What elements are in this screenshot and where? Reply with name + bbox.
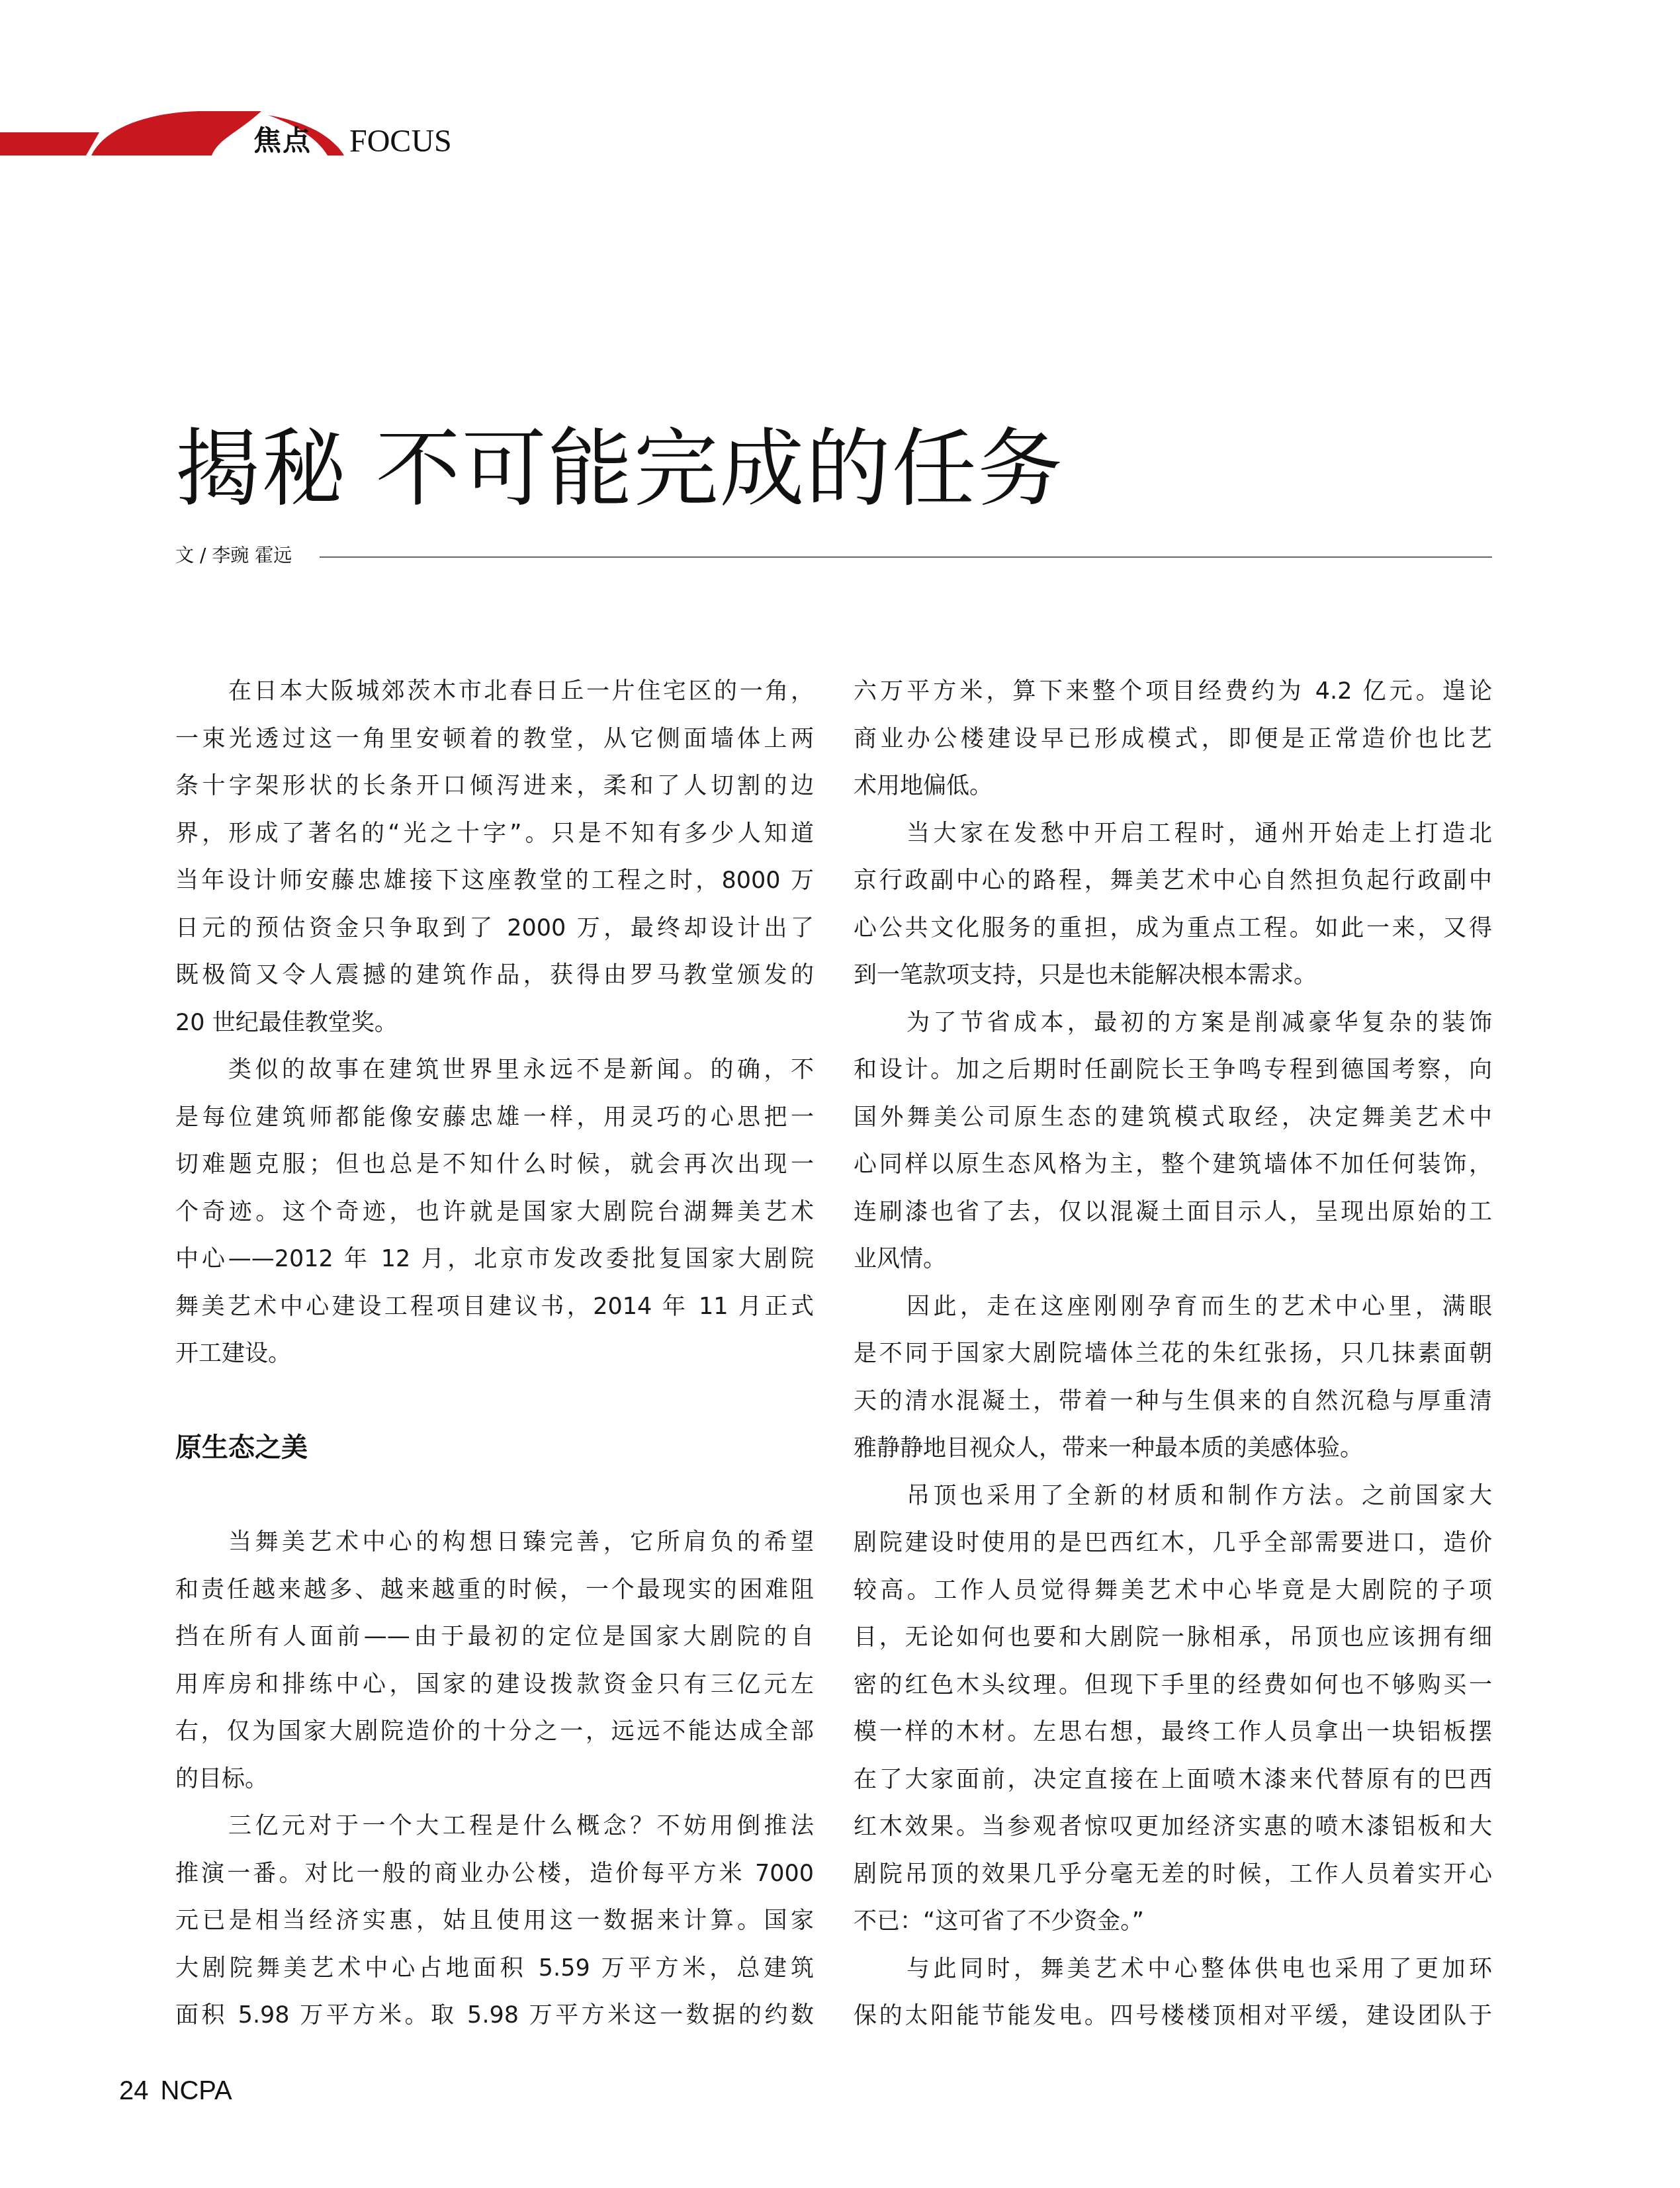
- page-number: 24: [119, 2076, 149, 2105]
- byline: 文 / 李豌 霍远: [175, 547, 292, 565]
- paragraph: 三亿元对于一个大工程是什么概念？不妨用倒推法 推演一番。对比一般的商业办公楼，造…: [175, 1803, 814, 2040]
- right-column: 六万平方米，算下来整个项目经费约为 4.2 亿元。遑论 商业办公楼建设早已形成模…: [854, 668, 1492, 2040]
- text-line: 是不同于国家大剧院墙体兰花的朱红张扬，只几抹素面朝: [854, 1331, 1492, 1378]
- text-line: 当舞美艺术中心的构想日臻完善，它所肩负的希望: [175, 1519, 814, 1567]
- text-line: 个奇迹。这个奇迹，也许就是国家大剧院台湖舞美艺术: [175, 1189, 814, 1237]
- paragraph: 为了节省成本，最初的方案是削减豪华复杂的装饰 和设计。加之后期时任副院长王争鸣专…: [854, 1000, 1492, 1284]
- text-line: 当大家在发愁中开启工程时，通州开始走上打造北: [854, 810, 1492, 858]
- paragraph: 当大家在发愁中开启工程时，通州开始走上打造北 京行政副中心的路程，舞美艺术中心自…: [854, 810, 1492, 1000]
- text-line: 国外舞美公司原生态的建筑模式取经，决定舞美艺术中: [854, 1094, 1492, 1142]
- text-line: 与此同时，舞美艺术中心整体供电也采用了更加环: [854, 1946, 1492, 1993]
- text-line: 京行政副中心的路程，舞美艺术中心自然担负起行政副中: [854, 857, 1492, 905]
- publication-name: NCPA: [161, 2076, 232, 2105]
- text-line: 剧院吊顶的效果几乎分毫无差的时候，工作人员着实开心: [854, 1851, 1492, 1899]
- text-line: 到一笔款项支持，只是也未能解决根本需求。: [854, 952, 1492, 1000]
- text-line: 为了节省成本，最初的方案是削减豪华复杂的装饰: [854, 1000, 1492, 1047]
- page-footer: 24NCPA: [119, 2078, 232, 2104]
- text-line: 天的清水混凝土，带着一种与生俱来的自然沉稳与厚重清: [854, 1378, 1492, 1426]
- paragraph: 当舞美艺术中心的构想日臻完善，它所肩负的希望 和责任越来越多、越来越重的时候，一…: [175, 1519, 814, 1803]
- paragraph: 六万平方米，算下来整个项目经费约为 4.2 亿元。遑论 商业办公楼建设早已形成模…: [854, 668, 1492, 810]
- text-line: 面积 5.98 万平方米。取 5.98 万平方米这一数据的约数: [175, 1992, 814, 2040]
- text-line: 推演一番。对比一般的商业办公楼，造价每平方米 7000: [175, 1851, 814, 1898]
- section-subheading: 原生态之美: [175, 1424, 814, 1472]
- text-line: 业风情。: [854, 1236, 1492, 1284]
- article-title: 揭秘 不可能完成的任务: [175, 427, 1064, 512]
- text-line: 类似的故事在建筑世界里永远不是新闻。的确，不: [175, 1047, 814, 1094]
- text-line: 用库房和排练中心，国家的建设拨款资金只有三亿元左: [175, 1661, 814, 1709]
- text-line: 舞美艺术中心建设工程项目建议书，2014 年 11 月正式: [175, 1284, 814, 1331]
- text-line: 日元的预估资金只争取到了 2000 万，最终却设计出了: [175, 905, 814, 953]
- text-line: 开工建设。: [175, 1331, 814, 1378]
- text-line: 和设计。加之后期时任副院长王争鸣专程到德国考察，向: [854, 1047, 1492, 1094]
- text-line: 密的红色木头纹理。但现下手里的经费如何也不够购买一: [854, 1662, 1492, 1710]
- text-line: 和责任越来越多、越来越重的时候，一个最现实的困难阻: [175, 1567, 814, 1614]
- section-label-cn: 焦点: [253, 127, 312, 155]
- left-column: 在日本大阪城郊茨木市北春日丘一片住宅区的一角， 一束光透过这一角里安顿着的教堂，…: [175, 668, 814, 2040]
- paragraph: 因此，走在这座刚刚孕育而生的艺术中心里，满眼 是不同于国家大剧院墙体兰花的朱红张…: [854, 1284, 1492, 1473]
- text-line: 条十字架形状的长条开口倾泻进来，柔和了人切割的边: [175, 763, 814, 810]
- text-line: 既极简又令人震撼的建筑作品，获得由罗马教堂颁发的: [175, 952, 814, 1000]
- byline-divider: [320, 556, 1492, 558]
- text-line: 商业办公楼建设早已形成模式，即便是正常造价也比艺: [854, 716, 1492, 764]
- text-line: 目，无论如何也要和大剧院一脉相承，吊顶也应该拥有细: [854, 1614, 1492, 1662]
- paragraph: 在日本大阪城郊茨木市北春日丘一片住宅区的一角， 一束光透过这一角里安顿着的教堂，…: [175, 668, 814, 1047]
- text-line: 是每位建筑师都能像安藤忠雄一样，用灵巧的心思把一: [175, 1094, 814, 1142]
- text-line: 保的太阳能节能发电。四号楼楼顶相对平缓，建设团队于: [854, 1993, 1492, 2040]
- text-line: 心同样以原生态风格为主，整个建筑墙体不加任何装饰，: [854, 1141, 1492, 1189]
- text-line: 当年设计师安藤忠雄接下这座教堂的工程之时，8000 万: [175, 857, 814, 905]
- text-line: 大剧院舞美艺术中心占地面积 5.59 万平方米，总建筑: [175, 1945, 814, 1993]
- text-line: 元已是相当经济实惠，姑且使用这一数据来计算。国家: [175, 1898, 814, 1945]
- text-line: 因此，走在这座刚刚孕育而生的艺术中心里，满眼: [854, 1284, 1492, 1331]
- text-line: 挡在所有人面前——由于最初的定位是国家大剧院的自: [175, 1614, 814, 1661]
- section-header: 焦点 FOCUS: [0, 99, 503, 172]
- text-line: 一束光透过这一角里安顿着的教堂，从它侧面墙体上两: [175, 716, 814, 764]
- text-line: 红木效果。当参观者惊叹更加经济实惠的喷木漆铝板和大: [854, 1804, 1492, 1851]
- text-line: 吊顶也采用了全新的材质和制作方法。之前国家大: [854, 1473, 1492, 1520]
- text-line: 心公共文化服务的重担，成为重点工程。如此一来，又得: [854, 905, 1492, 953]
- text-line: 连刷漆也省了去，仅以混凝土面目示人，呈现出原始的工: [854, 1189, 1492, 1237]
- text-line: 雅静静地目视众人，带来一种最本质的美感体验。: [854, 1425, 1492, 1473]
- text-line: 术用地偏低。: [854, 763, 1492, 810]
- text-line: 模一样的木材。左思右想，最终工作人员拿出一块铝板摆: [854, 1709, 1492, 1757]
- paragraph: 吊顶也采用了全新的材质和制作方法。之前国家大 剧院建设时使用的是巴西红木，几乎全…: [854, 1473, 1492, 1946]
- text-line: 的目标。: [175, 1756, 814, 1804]
- text-line: 不已：“这可省了不少资金。”: [854, 1898, 1492, 1946]
- section-label-en: FOCUS: [349, 126, 452, 157]
- text-line: 20 世纪最佳教堂奖。: [175, 1000, 814, 1047]
- text-line: 剧院建设时使用的是巴西红木，几乎全部需要进口，造价: [854, 1520, 1492, 1567]
- text-line: 三亿元对于一个大工程是什么概念？不妨用倒推法: [175, 1803, 814, 1851]
- text-line: 右，仅为国家大剧院造价的十分之一，远远不能达成全部: [175, 1708, 814, 1756]
- text-line: 界，形成了著名的“光之十字”。只是不知有多少人知道: [175, 810, 814, 858]
- text-line: 较高。工作人员觉得舞美艺术中心毕竟是大剧院的子项: [854, 1567, 1492, 1615]
- text-line: 切难题克服；但也总是不知什么时候，就会再次出现一: [175, 1141, 814, 1189]
- text-line: 在了大家面前，决定直接在上面喷木漆来代替原有的巴西: [854, 1757, 1492, 1804]
- text-line: 在日本大阪城郊茨木市北春日丘一片住宅区的一角，: [175, 668, 814, 716]
- text-line: 中心——2012 年 12 月，北京市发改委批复国家大剧院: [175, 1236, 814, 1284]
- paragraph: 类似的故事在建筑世界里永远不是新闻。的确，不 是每位建筑师都能像安藤忠雄一样，用…: [175, 1047, 814, 1378]
- text-line: 六万平方米，算下来整个项目经费约为 4.2 亿元。遑论: [854, 668, 1492, 716]
- paragraph: 与此同时，舞美艺术中心整体供电也采用了更加环 保的太阳能节能发电。四号楼楼顶相对…: [854, 1946, 1492, 2040]
